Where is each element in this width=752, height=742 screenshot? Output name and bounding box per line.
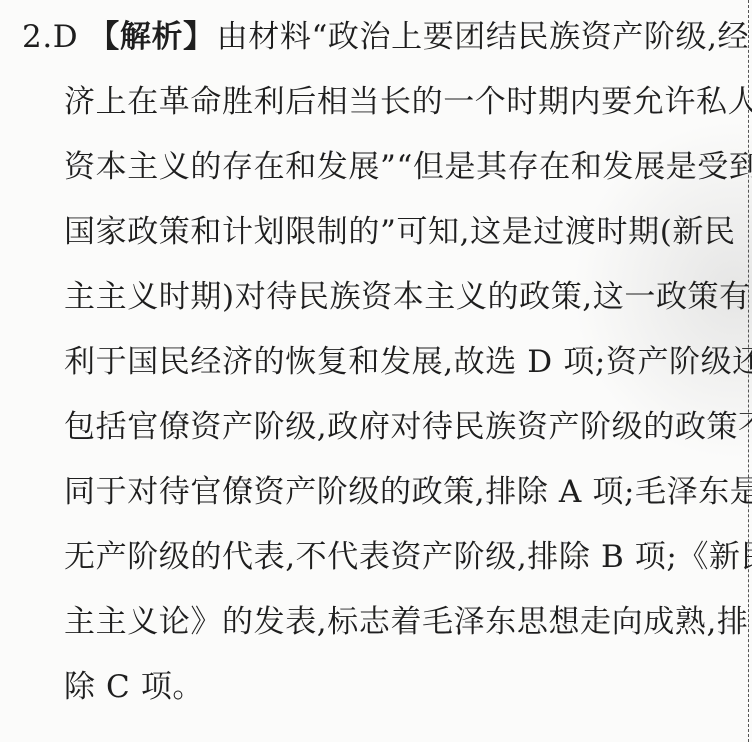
explanation-line-2: 济上在革命胜利后相当长的一个时期内要允许私人 — [64, 82, 752, 122]
explanation-line-10: 主主义论》的发表,标志着毛泽东思想走向成熟,排 — [64, 602, 749, 642]
explanation-line-4: 国家政策和计划限制的”可知,这是过渡时期(新民 — [64, 212, 736, 252]
explanation-line-6: 利于国民经济的恢复和发展,故选 D 项;资产阶级还 — [64, 342, 752, 382]
explanation-line-7: 包括官僚资产阶级,政府对待民族资产阶级的政策不 — [64, 407, 752, 447]
question-number: 2.D — [22, 19, 78, 55]
explanation-line-5: 主主义时期)对待民族资本主义的政策,这一政策有 — [64, 277, 751, 317]
explanation-line-8: 同于对待官僚资产阶级的政策,排除 A 项;毛泽东是 — [64, 472, 752, 512]
explanation-line-1: 2.D【解析】由材料“政治上要团结民族资产阶级,经 — [22, 17, 749, 57]
explanation-line-11: 除 C 项。 — [64, 667, 204, 707]
explanation-line-9: 无产阶级的代表,不代表资产阶级,排除 B 项;《新民 — [64, 537, 752, 577]
analysis-tag: 【解析】 — [88, 19, 214, 55]
explanation-line-3: 资本主义的存在和发展”“但是其存在和发展是受到 — [64, 147, 752, 187]
